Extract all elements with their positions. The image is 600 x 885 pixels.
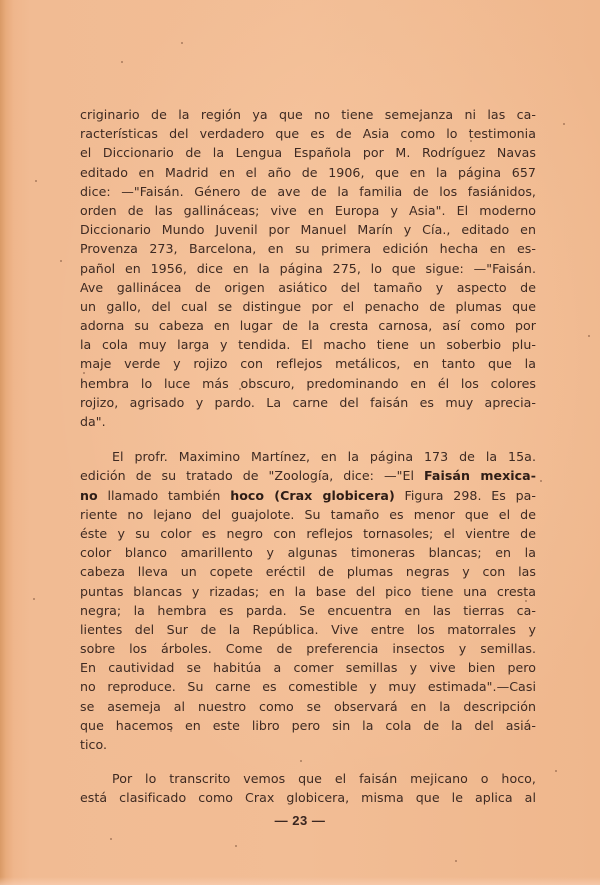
text-line: la cola muy larga y tendida. El macho ti… [80,335,536,354]
paper-speck [390,688,392,690]
paper-speck [563,123,565,125]
text-run: Provenza 273, Barcelona, en su primera e… [80,241,536,256]
text-run: hembra lo luce más obscuro, predominando… [80,376,536,391]
text-run: Ave gallinácea de origen asiático del ta… [80,280,536,295]
page-number: — 23 — [0,813,600,828]
paper-speck [588,335,590,337]
scanned-book-page: criginario de la región ya que no tiene … [0,0,600,885]
paper-speck [470,140,472,142]
paragraph-gap [80,431,536,447]
paper-speck [235,845,237,847]
text-run: riente no lejano del guajolote. Su tamañ… [80,507,536,522]
text-line: lientes del Sur de la República. Vive en… [80,620,536,639]
text-line: no reproduce. Su carne es comestible y m… [80,677,536,696]
text-run: racterísticas del verdadero que es de As… [80,126,536,141]
text-run: adorna su cabeza en lugar de la cresta c… [80,318,536,333]
text-line: está clasificado como Crax globicera, mi… [80,788,536,807]
text-line: da". [80,412,536,431]
text-run: tico. [80,737,107,752]
text-run: se asemeja al nuestro como se observará … [80,699,536,714]
text-run: Figura 298. Es pa- [395,488,536,503]
text-run: Diccionario Mundo Juvenil por Manuel Mar… [80,222,536,237]
paper-speck [525,600,527,602]
text-run: editado en Madrid en el año de 1906, que… [80,165,536,180]
paper-speck [170,730,172,732]
text-run: un gallo, del cual se distingue por el p… [80,299,536,314]
text-line: El profr. Maximino Martínez, en la págin… [80,447,536,466]
paper-speck [455,860,457,862]
text-line: éste y su color es negro con reflejos to… [80,524,536,543]
text-line: Provenza 273, Barcelona, en su primera e… [80,239,536,258]
text-line: tico. [80,735,536,754]
paper-speck [300,760,302,762]
text-run: maje verde y rojizo con reflejos metálic… [80,356,536,371]
text-line: negra; la hembra es parda. Se encuentra … [80,601,536,620]
paper-speck [181,42,183,44]
paragraph-gap [80,754,536,769]
text-line: Diccionario Mundo Juvenil por Manuel Mar… [80,220,536,239]
text-run: Por lo transcrito vemos que el faisán me… [112,771,536,786]
text-run: rojizo, agrisado y pardo. La carne del f… [80,395,536,410]
text-line: maje verde y rojizo con reflejos metálic… [80,354,536,373]
bold-text: Faisán mexica- [424,468,536,483]
text-line: un gallo, del cual se distingue por el p… [80,297,536,316]
text-line: color blanco amarillento y algunas timon… [80,543,536,562]
text-run: dice: —"Faisán. Género de ave de la fami… [80,184,536,199]
paper-speck [60,260,62,262]
text-run: criginario de la región ya que no tiene … [80,107,536,122]
text-line: puntas blancas y rizadas; en la base del… [80,582,536,601]
paper-speck [555,770,557,772]
text-run: éste y su color es negro con reflejos to… [80,526,536,541]
text-line: dice: —"Faisán. Género de ave de la fami… [80,182,536,201]
text-run: puntas blancas y rizadas; en la base del… [80,584,536,599]
text-line: rojizo, agrisado y pardo. La carne del f… [80,393,536,412]
text-line: orden de las gallináceas; vive en Europa… [80,201,536,220]
text-run: lientes del Sur de la República. Vive en… [80,622,536,637]
paper-speck [33,598,35,600]
text-run: orden de las gallináceas; vive en Europa… [80,203,536,218]
text-run: está clasificado como Crax globicera, mi… [80,790,536,805]
text-run: cabeza lleva un copete eréctil de plumas… [80,564,536,579]
paper-speck [83,372,85,374]
text-run: sobre los árboles. Come de preferencia i… [80,641,536,656]
text-line: adorna su cabeza en lugar de la cresta c… [80,316,536,335]
text-line: Por lo transcrito vemos que el faisán me… [80,769,536,788]
text-run: que hacemos en este libro pero sin la co… [80,718,536,733]
text-line: hembra lo luce más obscuro, predominando… [80,374,536,393]
text-run: color blanco amarillento y algunas timon… [80,545,536,560]
paper-speck [110,838,112,840]
text-run: llamado también [98,488,230,503]
text-run: El profr. Maximino Martínez, en la págin… [112,449,536,464]
text-run: En cautividad se habitúa a comer semilla… [80,660,536,675]
text-run: el Diccionario de la Lengua Española por… [80,145,536,160]
text-line: criginario de la región ya que no tiene … [80,105,536,124]
body-text: criginario de la región ya que no tiene … [80,105,536,808]
text-line: editado en Madrid en el año de 1906, que… [80,163,536,182]
text-line: racterísticas del verdadero que es de As… [80,124,536,143]
paper-speck [121,61,123,63]
text-line: En cautividad se habitúa a comer semilla… [80,658,536,677]
paragraph-p2: El profr. Maximino Martínez, en la págin… [80,447,536,754]
text-line: no llamado también hoco (Crax globicera)… [80,486,536,505]
paragraph-p1: criginario de la región ya que no tiene … [80,105,536,431]
text-run: la cola muy larga y tendida. El macho ti… [80,337,536,352]
text-line: edición de su tratado de "Zoología, dice… [80,466,536,485]
text-line: el Diccionario de la Lengua Española por… [80,143,536,162]
paper-speck [239,388,241,390]
text-run: negra; la hembra es parda. Se encuentra … [80,603,536,618]
text-line: se asemeja al nuestro como se observará … [80,697,536,716]
text-line: riente no lejano del guajolote. Su tamañ… [80,505,536,524]
bold-text: hoco (Crax globicera) [230,488,395,503]
text-run: pañol en 1956, dice en la página 275, lo… [80,261,536,276]
text-run: edición de su tratado de "Zoología, dice… [80,468,424,483]
text-run: da". [80,414,106,429]
paper-speck [540,480,542,482]
text-run: no reproduce. Su carne es comestible y m… [80,679,536,694]
text-line: Ave gallinácea de origen asiático del ta… [80,278,536,297]
bold-text: no [80,488,98,503]
text-line: que hacemos en este libro pero sin la co… [80,716,536,735]
paper-speck [35,180,37,182]
paragraph-p3: Por lo transcrito vemos que el faisán me… [80,769,536,807]
text-line: sobre los árboles. Come de preferencia i… [80,639,536,658]
text-line: cabeza lleva un copete eréctil de plumas… [80,562,536,581]
text-line: pañol en 1956, dice en la página 275, lo… [80,259,536,278]
